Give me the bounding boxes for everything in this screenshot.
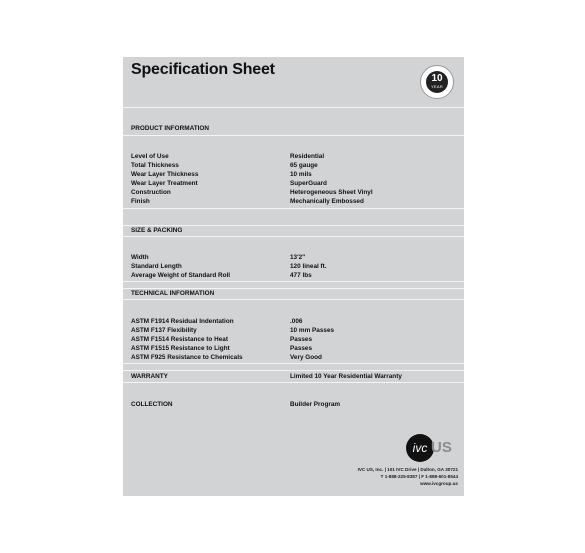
- spec-label: Average Weight of Standard Roll: [131, 272, 230, 279]
- divider: [123, 288, 464, 289]
- spec-value: 65 gauge: [290, 162, 318, 169]
- spec-row: Total Thickness65 gauge: [131, 162, 456, 171]
- spec-label: Standard Length: [131, 263, 182, 270]
- spec-value: .006: [290, 318, 302, 325]
- footer-address: IVC US, Inc. | 101 IVC Drive | Dalton, G…: [358, 467, 458, 472]
- spec-value: Passes: [290, 336, 312, 343]
- spec-label: Wear Layer Treatment: [131, 180, 198, 187]
- spec-row: ConstructionHeterogeneous Sheet Vinyl: [131, 189, 456, 198]
- spec-label: ASTM F925 Resistance to Chemicals: [131, 354, 243, 361]
- warranty-value: Limited 10 Year Residential Warranty: [290, 373, 402, 380]
- badge-number: 10: [426, 71, 448, 84]
- divider: [123, 299, 464, 300]
- spec-value: Mechanically Embossed: [290, 198, 364, 205]
- spec-value: 120 lineal ft.: [290, 263, 327, 270]
- spec-value: Residential: [290, 153, 324, 160]
- spec-label: Wear Layer Thickness: [131, 171, 198, 178]
- badge-center: 10 YEAR: [426, 71, 448, 93]
- spec-row: ASTM F1914 Residual Indentation.006: [131, 318, 456, 327]
- spec-value: Heterogeneous Sheet Vinyl: [290, 189, 373, 196]
- spec-label: Construction: [131, 189, 171, 196]
- section-heading-collection: COLLECTION: [131, 401, 173, 408]
- spec-row: ASTM F137 Flexibility10 mm Passes: [131, 327, 456, 336]
- divider: [123, 370, 464, 371]
- spec-label: Level of Use: [131, 153, 169, 160]
- spec-label: Total Thickness: [131, 162, 179, 169]
- divider: [123, 208, 464, 209]
- page-title: Specification Sheet: [131, 61, 275, 79]
- spec-value: 13'2": [290, 254, 305, 261]
- divider: [123, 107, 464, 108]
- spec-label: ASTM F137 Flexibility: [131, 327, 197, 334]
- ivc-us-logo: ivc US: [406, 434, 466, 464]
- logo-mark: ivc: [406, 434, 434, 462]
- section-heading-technical: TECHNICAL INFORMATION: [131, 290, 214, 297]
- spec-row: ASTM F1515 Resistance to LightPasses: [131, 345, 456, 354]
- spec-row: ASTM F1514 Resistance to HeatPasses: [131, 336, 456, 345]
- divider: [123, 225, 464, 226]
- footer-website[interactable]: www.ivcgroup.us: [420, 481, 458, 486]
- spec-value: Very Good: [290, 354, 322, 361]
- spec-row: FinishMechanically Embossed: [131, 198, 456, 207]
- divider: [123, 236, 464, 237]
- spec-value: Passes: [290, 345, 312, 352]
- collection-value: Builder Program: [290, 401, 340, 408]
- section-heading-size: SIZE & PACKING: [131, 227, 182, 234]
- spec-value: 10 mils: [290, 171, 312, 178]
- section-heading-warranty: WARRANTY: [131, 373, 168, 380]
- divider: [123, 382, 464, 383]
- collection-row: COLLECTIONBuilder Program: [131, 401, 456, 410]
- spec-label: Finish: [131, 198, 150, 205]
- divider: [123, 363, 464, 364]
- spec-row: Wear Layer Thickness10 mils: [131, 171, 456, 180]
- spec-value: SuperGuard: [290, 180, 327, 187]
- spec-label: ASTM F1914 Residual Indentation: [131, 318, 234, 325]
- ten-year-warranty-badge-icon: 10 YEAR: [420, 65, 454, 99]
- divider: [123, 281, 464, 282]
- spec-row: Standard Length120 lineal ft.: [131, 263, 456, 272]
- spec-label: Width: [131, 254, 149, 261]
- spec-sheet-page: Specification Sheet 10 YEAR PRODUCT INFO…: [123, 57, 464, 496]
- spec-row: ASTM F925 Resistance to ChemicalsVery Go…: [131, 354, 456, 363]
- spec-row: Wear Layer TreatmentSuperGuard: [131, 180, 456, 189]
- spec-row: Average Weight of Standard Roll477 lbs: [131, 272, 456, 281]
- spec-label: ASTM F1515 Resistance to Light: [131, 345, 230, 352]
- logo-suffix: US: [431, 439, 452, 456]
- section-heading-product: PRODUCT INFORMATION: [131, 125, 209, 132]
- divider: [123, 135, 464, 136]
- spec-row: Level of UseResidential: [131, 153, 456, 162]
- warranty-row: WARRANTYLimited 10 Year Residential Warr…: [131, 373, 456, 382]
- badge-label: YEAR: [426, 84, 448, 89]
- spec-row: Width13'2": [131, 254, 456, 263]
- spec-value: 10 mm Passes: [290, 327, 334, 334]
- footer-phone: T 1-888-225-8387 | F 1-888-601-8544: [381, 474, 458, 479]
- spec-label: ASTM F1514 Resistance to Heat: [131, 336, 228, 343]
- spec-value: 477 lbs: [290, 272, 312, 279]
